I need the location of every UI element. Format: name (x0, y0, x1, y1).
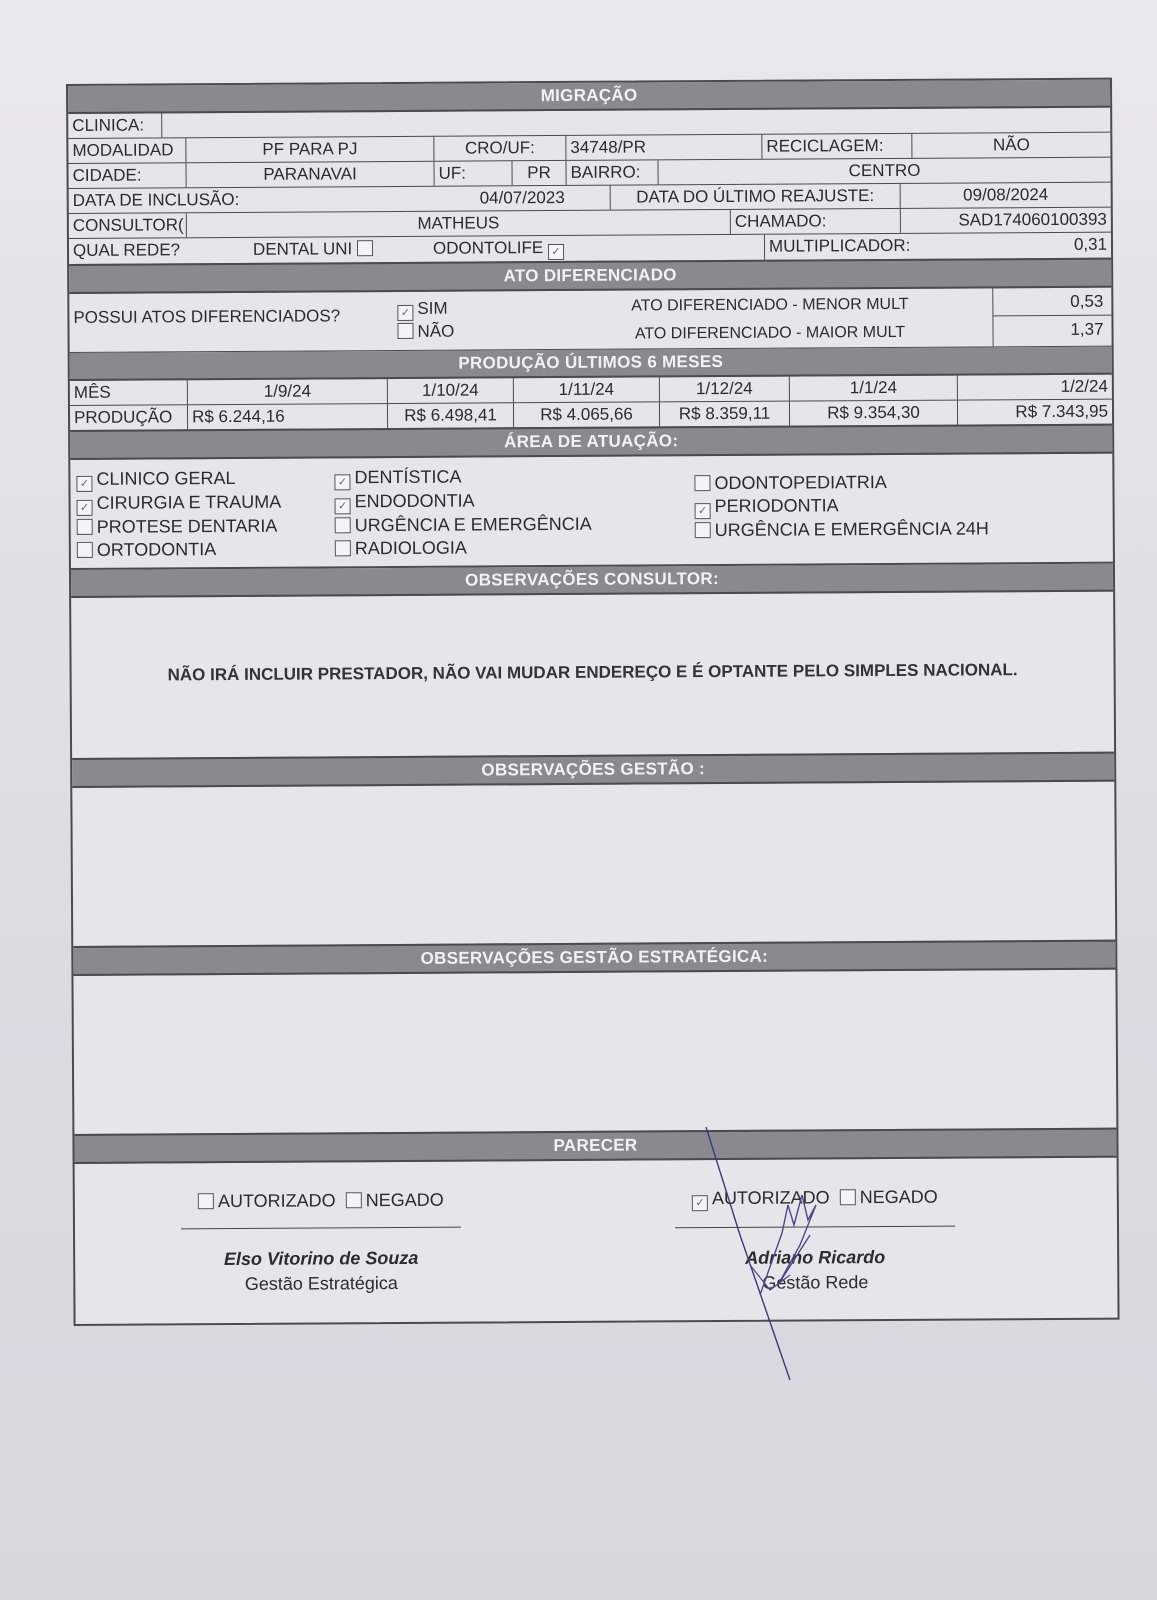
month-header: 1/9/24 (188, 379, 388, 404)
area-option[interactable]: URGÊNCIA E EMERGÊNCIA 24H (695, 517, 989, 542)
ato-menor-value[interactable]: 0,53 (993, 288, 1111, 317)
modalidade-field[interactable]: PF PARA PJ (186, 137, 434, 163)
signer-role: Gestão Estratégica (171, 1273, 471, 1296)
bairro-label: BAIRRO: (566, 160, 658, 185)
area-option-label: ENDODONTIA (354, 491, 474, 512)
checkbox-icon[interactable]: ✓ (77, 500, 93, 516)
inclusao-label: DATA DE INCLUSÃO: (69, 187, 435, 213)
inclusao-field[interactable]: 04/07/2023 (435, 186, 611, 211)
signature-line (675, 1226, 955, 1229)
area-option-label: CIRURGIA E TRAUMA (96, 492, 281, 513)
signer-name: Adriano Ricardo (665, 1247, 965, 1270)
checkbox-icon[interactable] (397, 323, 413, 339)
clinica-label: CLINICA: (68, 113, 162, 138)
cro-field[interactable]: 34748/PR (566, 135, 762, 160)
ato-maior-value[interactable]: 1,37 (993, 316, 1111, 345)
ato-question: POSSUI ATOS DIFERENCIADOS? (69, 292, 397, 352)
chamado-label: CHAMADO: (731, 209, 901, 234)
checkbox-icon[interactable] (694, 475, 710, 491)
consultor-label: CONSULTOR( (69, 213, 187, 238)
signature-line (181, 1227, 461, 1230)
checkbox-icon[interactable]: ✓ (695, 503, 711, 519)
multiplicador-field[interactable]: 0,31 (965, 233, 1111, 259)
month-header: 1/1/24 (790, 376, 958, 401)
checkbox-icon[interactable] (77, 542, 93, 558)
month-header: 1/10/24 (388, 378, 514, 403)
checkbox-icon[interactable]: ✓ (335, 498, 351, 514)
area-option[interactable]: ORTODONTIA (77, 537, 335, 562)
area-option-label: URGÊNCIA E EMERGÊNCIA (355, 514, 592, 535)
area-option[interactable]: ✓CIRURGIA E TRAUMA (76, 490, 334, 516)
rede-option-dental-uni[interactable]: DENTAL UNI (249, 237, 429, 263)
production-value[interactable]: R$ 8.359,11 (660, 402, 790, 427)
mes-label: MÊS (70, 380, 188, 405)
rede-option-odontolife[interactable]: ODONTOLIFE ✓ (429, 235, 765, 262)
area-option-label: PERIODONTIA (715, 495, 839, 516)
area-option-label: ODONTOPEDIATRIA (714, 472, 886, 493)
reciclagem-field[interactable]: NÃO (912, 133, 1110, 158)
month-header: 1/2/24 (958, 375, 1112, 400)
area-option[interactable]: ✓DENTÍSTICA (334, 464, 694, 490)
signer-right: ✓AUTORIZADO NEGADO Adriano Ricardo Gestã… (665, 1187, 966, 1295)
reajuste-label: DATA DO ÚLTIMO REAJUSTE: (611, 184, 901, 210)
reciclagem-label: RECICLAGEM: (762, 134, 912, 159)
rede-label: QUAL REDE? (69, 238, 249, 264)
checkbox-icon[interactable]: ✓ (76, 476, 92, 492)
consultor-field[interactable]: MATHEUS (187, 210, 731, 237)
chamado-field[interactable]: SAD174060100393 (901, 208, 1111, 233)
autorizado-label: AUTORIZADO (218, 1190, 336, 1211)
area-option[interactable]: ✓ENDODONTIA (334, 488, 694, 514)
sim-label: SIM (417, 299, 447, 318)
checkbox-icon[interactable]: ✓ (397, 305, 413, 321)
ato-menor-label: ATO DIFERENCIADO - MENOR MULT (547, 290, 992, 321)
producao-label: PRODUÇÃO (70, 405, 188, 430)
autorizado-label: AUTORIZADO (712, 1187, 830, 1208)
nao-label: NÃO (417, 322, 454, 341)
area-option-label: PROTESE DENTARIA (97, 516, 278, 537)
checkbox-icon[interactable] (77, 519, 93, 535)
checkbox-icon[interactable] (198, 1193, 214, 1209)
obs-consultor-field[interactable]: NÃO IRÁ INCLUIR PRESTADOR, NÃO VAI MUDAR… (71, 592, 1114, 758)
signer-name: Elso Vitorino de Souza (171, 1248, 471, 1271)
ato-nao-option[interactable]: NÃO (397, 320, 547, 342)
checkbox-icon[interactable] (335, 540, 351, 556)
area-option-label: RADIOLOGIA (355, 538, 467, 559)
checkbox-icon[interactable]: ✓ (334, 474, 350, 490)
cidade-field[interactable]: PARANAVAI (186, 162, 434, 188)
rede-option-label: ODONTOLIFE (433, 238, 543, 258)
uf-field[interactable]: PR (512, 161, 566, 185)
checkbox-icon[interactable] (840, 1189, 856, 1205)
area-option[interactable]: URGÊNCIA E EMERGÊNCIA (335, 512, 695, 537)
obs-gestao-field[interactable] (72, 782, 1115, 946)
checkbox-icon[interactable] (357, 240, 373, 256)
area-option[interactable]: ODONTOPEDIATRIA (694, 470, 988, 495)
production-value[interactable]: R$ 7.343,95 (958, 400, 1112, 425)
production-value[interactable]: R$ 6.498,41 (388, 403, 514, 428)
bairro-field[interactable]: CENTRO (658, 158, 1110, 185)
ato-maior-label: ATO DIFERENCIADO - MAIOR MULT (547, 318, 992, 349)
area-option[interactable]: PROTESE DENTARIA (77, 514, 335, 539)
production-value[interactable]: R$ 9.354,30 (790, 401, 958, 426)
month-header: 1/12/24 (660, 377, 790, 402)
cidade-label: CIDADE: (68, 163, 186, 188)
checkbox-icon[interactable]: ✓ (548, 244, 564, 260)
migration-form: MIGRAÇÃO CLINICA: MODALIDAD PF PARA PJ C… (66, 78, 1120, 1326)
ato-sim-option[interactable]: ✓SIM (397, 297, 547, 321)
area-option-label: ORTODONTIA (97, 539, 216, 560)
checkbox-icon[interactable]: ✓ (692, 1195, 708, 1211)
negado-label: NEGADO (366, 1190, 444, 1210)
checkbox-icon[interactable] (695, 522, 711, 538)
signer-left: AUTORIZADO NEGADO Elso Vitorino de Souza… (171, 1190, 472, 1296)
uf-label: UF: (434, 161, 512, 185)
checkbox-icon[interactable] (346, 1192, 362, 1208)
checkbox-icon[interactable] (335, 517, 351, 533)
modalidade-label: MODALIDAD (68, 138, 186, 163)
reajuste-field[interactable]: 09/08/2024 (901, 183, 1111, 208)
negado-label: NEGADO (860, 1187, 938, 1207)
area-option[interactable]: ✓PERIODONTIA (695, 493, 989, 519)
month-header: 1/11/24 (514, 377, 660, 402)
production-value[interactable]: R$ 4.065,66 (514, 402, 660, 427)
multiplicador-label: MULTIPLICADOR: (765, 234, 965, 260)
area-option[interactable]: RADIOLOGIA (335, 535, 695, 560)
obs-estrategica-field[interactable] (73, 970, 1116, 1134)
area-option[interactable]: ✓CLINICO GERAL (76, 466, 334, 492)
area-option-label: URGÊNCIA E EMERGÊNCIA 24H (715, 518, 989, 540)
production-value[interactable]: R$ 6.244,16 (188, 404, 388, 429)
area-option-label: DENTÍSTICA (354, 467, 461, 488)
obs-consultor-text: NÃO IRÁ INCLUIR PRESTADOR, NÃO VAI MUDAR… (72, 660, 1114, 686)
rede-option-label: DENTAL UNI (253, 239, 352, 259)
cro-label: CRO/UF: (434, 136, 566, 161)
area-option-label: CLINICO GERAL (96, 468, 235, 489)
signer-role: Gestão Rede (665, 1272, 965, 1295)
